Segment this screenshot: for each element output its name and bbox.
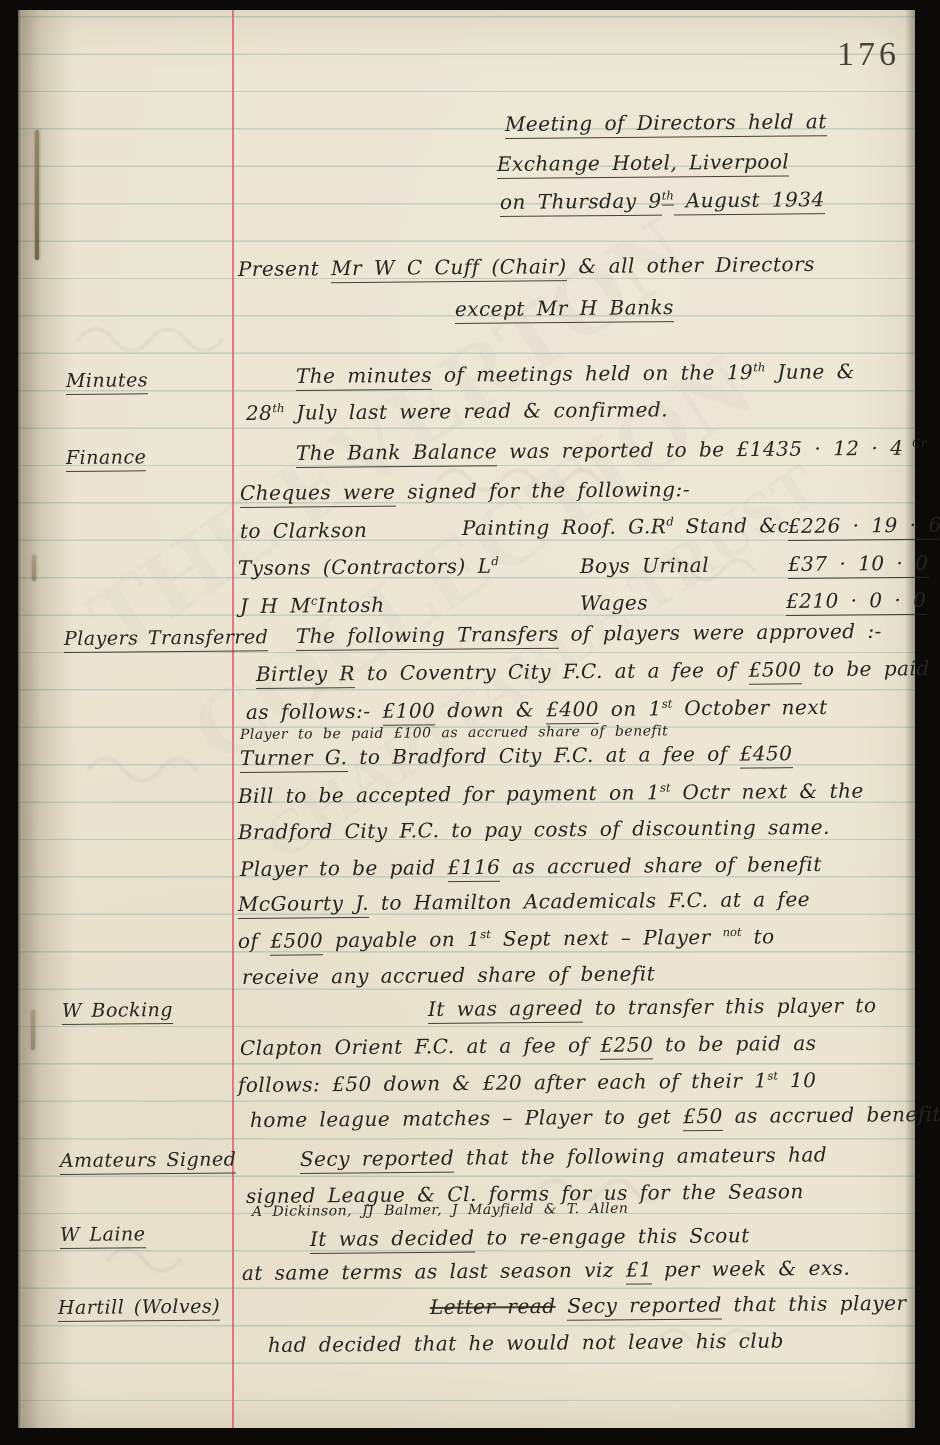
manuscript-line: The minutes of meetings held on the 19th…	[296, 359, 855, 388]
manuscript-text: £500	[270, 928, 323, 955]
page-number: 176	[837, 36, 900, 74]
manuscript-text: Birtley R	[256, 661, 355, 688]
manuscript-line: of £500 payable on 1st Sept next – Playe…	[238, 924, 775, 953]
entry-heading-players-transferred: Players Transferred	[64, 626, 269, 650]
manuscript-text: October next	[672, 695, 827, 720]
manuscript-text: The minutes	[296, 363, 432, 391]
manuscript-text: J H M	[240, 593, 311, 618]
manuscript-text: The Bank Balance	[296, 439, 497, 467]
manuscript-text: on Thursday 9	[500, 189, 662, 217]
manuscript-text: Intosh	[317, 593, 384, 618]
manuscript-text: It was decided	[310, 1226, 475, 1254]
manuscript-text: as accrued benefit	[723, 1102, 940, 1128]
manuscript-text: that this player	[722, 1291, 907, 1317]
entry-heading-amateurs-signed: Amateurs Signed	[60, 1148, 237, 1172]
manuscript-text: Player to be paid	[240, 855, 448, 881]
manuscript-text: Sept next – Player	[491, 925, 723, 951]
manuscript-text: Amateurs Signed	[60, 1148, 237, 1174]
entry-heading-hartill-wolves: Hartill (Wolves)	[58, 1296, 220, 1319]
manuscript-text: was reported to be	[497, 437, 736, 463]
manuscript-text: £210 · 0 · 0	[786, 588, 927, 616]
manuscript-text: £116	[447, 855, 500, 882]
manuscript-text: of	[238, 929, 271, 953]
entry-heading-w-bocking: W Bocking	[62, 999, 173, 1022]
manuscript-text: Minutes	[66, 369, 148, 394]
manuscript-line: It was agreed to transfer this player to	[428, 993, 877, 1021]
manuscript-text: Finance	[66, 446, 147, 471]
manuscript-text: Secy reported	[567, 1292, 722, 1320]
manuscript-text: July last were read & confirmed.	[284, 397, 668, 424]
manuscript-text: on 1	[599, 696, 662, 721]
manuscript-text: Present	[238, 256, 331, 281]
manuscript-text: £37 · 10 · 0	[788, 551, 929, 579]
manuscript-text: d	[666, 514, 674, 528]
manuscript-text: to Coventry City F.C. at a fee of	[355, 658, 749, 685]
manuscript-line: to Clarkson	[240, 518, 368, 543]
manuscript-text: to be paid as	[653, 1031, 816, 1056]
title-line-1: Meeting of Directors held at	[505, 109, 827, 136]
manuscript-line: McGourty J. to Hamilton Academicals F.C.…	[238, 887, 810, 916]
manuscript-line: had decided that he would not leave his …	[268, 1328, 784, 1357]
manuscript-text: th	[272, 401, 284, 415]
manuscript-text: Cheques were	[240, 480, 396, 508]
interline-insertion: A Dickinson, JJ Balmer, J Mayfield & T. …	[252, 1201, 629, 1220]
manuscript-text: signed for the following:-	[395, 477, 690, 504]
manuscript-line: 28th July last were read & confirmed.	[246, 397, 668, 425]
manuscript-text: Mr W C Cuff (Chair)	[331, 254, 567, 283]
manuscript-text: & all other Directors	[567, 252, 815, 278]
manuscript-line: Painting Roof. G.Rd Stand &c	[462, 513, 790, 540]
manuscript-text: as accrued share of benefit	[500, 852, 822, 879]
manuscript-text: Turner G.	[240, 745, 348, 772]
manuscript-text: to	[742, 924, 775, 948]
manuscript-text: £50	[683, 1104, 723, 1131]
manuscript-text: follows: £50 down & £20 after each of th…	[238, 1068, 768, 1097]
manuscript-text: Wages	[580, 590, 648, 615]
entry-heading-finance: Finance	[66, 446, 147, 469]
manuscript-text: that the following amateurs had	[454, 1142, 827, 1169]
manuscript-text: £1435 · 12 · 4	[736, 436, 903, 461]
manuscript-text: st	[660, 781, 671, 795]
manuscript-text: had decided that he would not leave his …	[268, 1328, 784, 1357]
manuscript-text: receive any accrued share of benefit	[242, 961, 656, 989]
manuscript-text: Hartill (Wolves)	[58, 1296, 220, 1322]
manuscript-text: Letter read	[430, 1294, 556, 1319]
manuscript-text: down &	[435, 697, 546, 722]
manuscript-line: Clapton Orient F.C. at a fee of £250 to …	[240, 1031, 817, 1060]
manuscript-text: except Mr H Banks	[455, 295, 674, 323]
title-line-3: on Thursday 9th August 1934	[500, 187, 825, 214]
manuscript-line: Turner G. to Bradford City F.C. at a fee…	[240, 741, 793, 770]
manuscript-line: as follows:- £100 down & £400 on 1st Oct…	[246, 695, 828, 724]
manuscript-text: th	[662, 189, 674, 206]
manuscript-text: Clapton Orient F.C. at a fee of	[240, 1033, 601, 1060]
manuscript-text: to Hamilton Academicals F.C. at a fee	[369, 887, 810, 915]
manuscript-text: £400	[546, 697, 599, 724]
manuscript-text: as follows:-	[246, 699, 383, 724]
manuscript-line: follows: £50 down & £20 after each of th…	[238, 1068, 817, 1097]
manuscript-text: It was agreed	[428, 996, 583, 1024]
manuscript-text	[555, 1294, 567, 1318]
manuscript-text: The following Transfers	[296, 622, 559, 651]
manuscript-text: August 1934	[674, 187, 825, 215]
manuscript-text: to transfer this player to	[583, 993, 877, 1020]
manuscript-text: of meetings held on the 19	[432, 360, 753, 387]
entry-heading-w-laine: W Laine	[60, 1223, 146, 1246]
manuscript-text: Painting Roof. G.R	[462, 514, 667, 540]
manuscript-text: home league matches – Player to get	[250, 1104, 683, 1132]
manuscript-line: Boys Urinal	[580, 553, 709, 578]
manuscript-text: to re-engage this Scout	[474, 1223, 749, 1249]
manuscript-text: Tysons (Contractors) L	[238, 554, 492, 580]
manuscript-text: Meeting of Directors held at	[505, 109, 827, 138]
manuscript-text: £250	[600, 1032, 653, 1059]
manuscript-text: th	[753, 360, 765, 374]
manuscript-text: to Clarkson	[240, 518, 368, 543]
manuscript-text: to Bradford City F.C. at a fee of	[347, 742, 739, 769]
manuscript-text: Bill to be accepted for payment on 1	[238, 780, 660, 808]
manuscript-line: Wages	[580, 590, 648, 615]
manuscript-text: Exchange Hotel, Liverpool	[497, 149, 790, 178]
present-line: Present Mr W C Cuff (Chair) & all other …	[238, 252, 815, 281]
manuscript-text: £226 · 19 · 6	[788, 513, 940, 541]
manuscript-text: Octr next & the	[671, 779, 864, 805]
manuscript-text: Boys Urinal	[580, 553, 709, 578]
manuscript-text: to be paid	[801, 656, 929, 681]
manuscript-text: £500	[748, 657, 801, 684]
manuscript-text: Stand &c	[674, 513, 790, 538]
manuscript-text: 28	[246, 401, 273, 425]
manuscript-text: W Bocking	[62, 999, 173, 1024]
manuscript-line: £210 · 0 · 0	[786, 588, 927, 613]
manuscript-text: £100	[382, 698, 435, 725]
title-line-2: Exchange Hotel, Liverpool	[497, 149, 790, 176]
manuscript-line: £37 · 10 · 0	[788, 551, 929, 576]
manuscript-line: receive any accrued share of benefit	[242, 961, 656, 989]
manuscript-text: st	[480, 927, 491, 941]
manuscript-text: of players were approved :-	[559, 619, 882, 646]
manuscript-text: £1	[626, 1257, 653, 1284]
manuscript-line: It was decided to re-engage this Scout	[310, 1223, 750, 1251]
manuscript-text: June &	[765, 359, 855, 384]
manuscript-text: 10	[778, 1068, 817, 1092]
manuscript-text: st	[767, 1069, 778, 1083]
manuscript-line: The following Transfers of players were …	[296, 619, 882, 648]
manuscript-line: £226 · 19 · 6	[788, 513, 940, 538]
manuscript-line: J H McIntosh	[240, 593, 385, 618]
manuscript-line: Letter read Secy reported that this play…	[430, 1291, 907, 1319]
manuscript-text: W Laine	[60, 1223, 146, 1248]
manuscript-text: £450	[739, 741, 792, 768]
manuscript-line: Player to be paid £116 as accrued share …	[240, 852, 822, 881]
manuscript-text: Players Transferred	[64, 626, 269, 652]
entry-heading-minutes: Minutes	[66, 369, 148, 392]
manuscript-text: not	[722, 925, 741, 939]
manuscript-line: Tysons (Contractors) Ld	[238, 554, 499, 580]
manuscript-line: Secy reported that the following amateur…	[300, 1142, 827, 1171]
manuscript-text: Secy reported	[300, 1146, 455, 1174]
manuscript-text: Cr	[903, 436, 926, 450]
manuscript-text: payable on 1	[323, 927, 480, 952]
manuscript-line: Cheques were signed for the following:-	[240, 477, 690, 505]
manuscript-text: A Dickinson, JJ Balmer, J Mayfield & T. …	[252, 1201, 629, 1220]
minute-book-scan: THE EVERTON COLLECTION CHARITABLE TRUST …	[0, 0, 940, 1445]
manuscript-text: st	[662, 697, 673, 711]
manuscript-text: per week & exs.	[652, 1256, 850, 1282]
manuscript-text: at same terms as last season viz	[242, 1258, 626, 1285]
manuscript-text: d	[491, 554, 499, 568]
manuscript-text: McGourty J.	[238, 891, 369, 919]
present-line: except Mr H Banks	[455, 295, 674, 321]
